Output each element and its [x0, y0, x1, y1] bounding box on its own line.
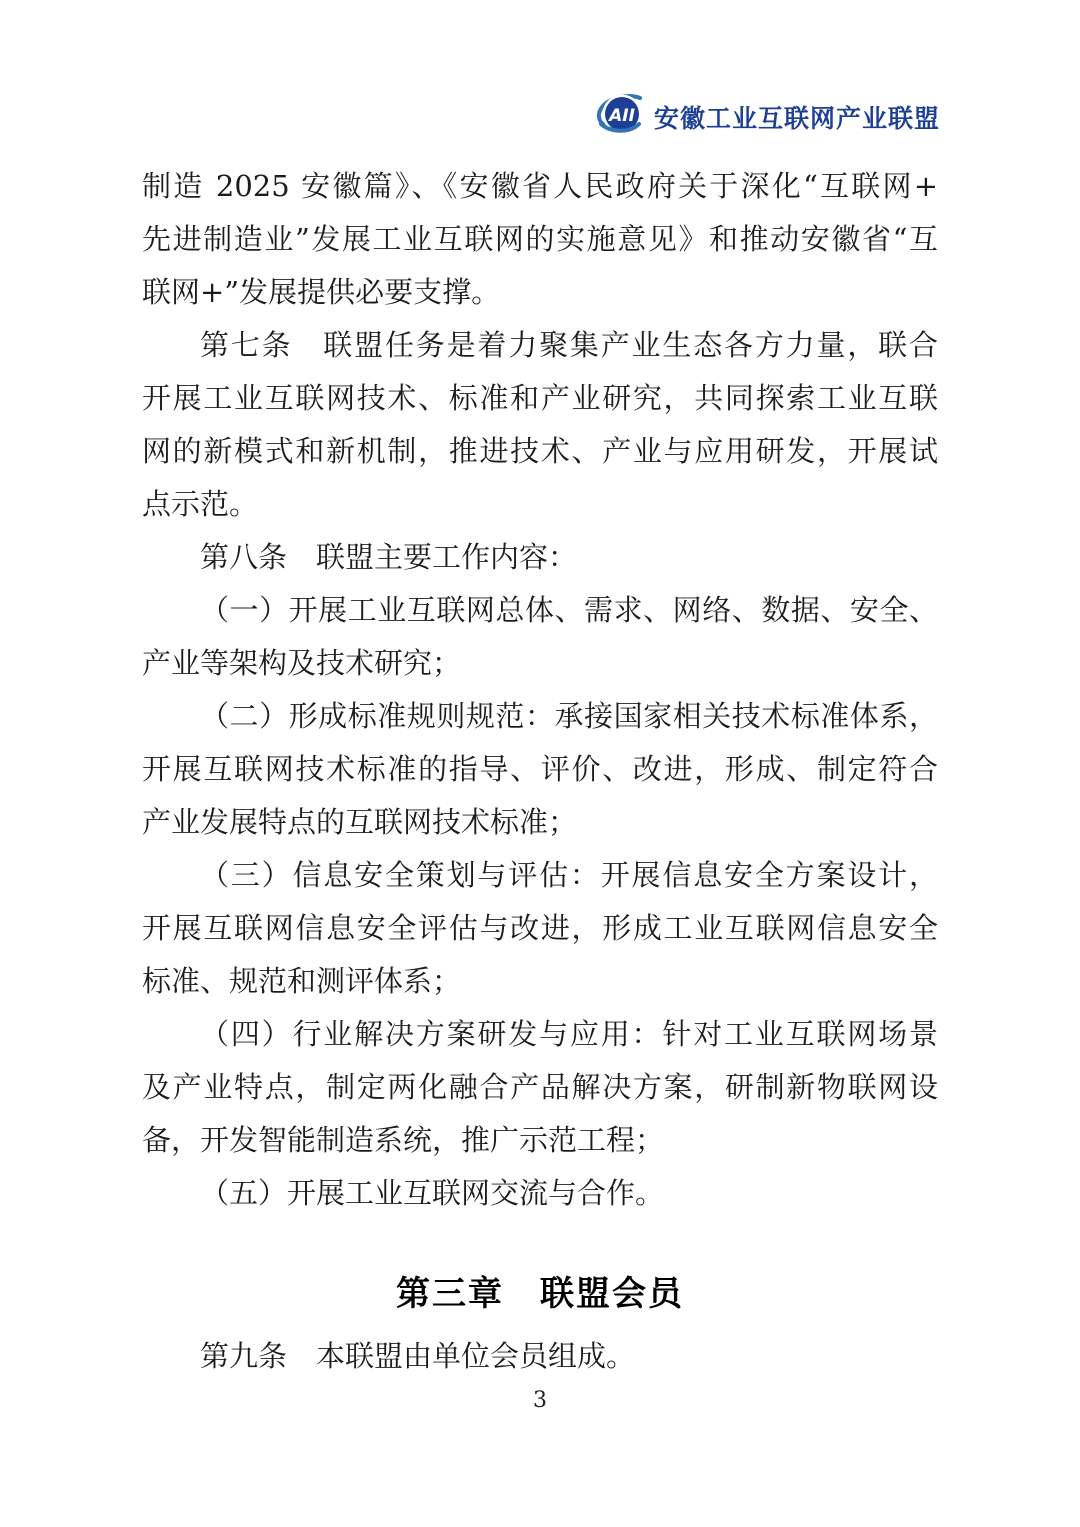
page-number: 3 [0, 1388, 1080, 1413]
closing-paragraph: 第九条 本联盟由单位会员组成。 [142, 1330, 938, 1383]
document-page: AII 安徽工业互联网产业联盟 制造 2025 安徽篇》、《安徽省人民政府关于深… [0, 0, 1080, 1527]
body-line: 标准、规范和测评体系； [142, 955, 938, 1008]
body-line: 网的新模式和新机制，推进技术、产业与应用研发，开展试 [142, 425, 938, 478]
chapter-heading: 第三章 联盟会员 [142, 1266, 938, 1322]
logo-org-name: 安徽工业互联网产业联盟 [654, 99, 940, 135]
body-line: 产业发展特点的互联网技术标准； [142, 796, 938, 849]
body-line: 备，开发智能制造系统，推广示范工程； [142, 1114, 938, 1167]
body-line: 开展工业互联网技术、标准和产业研究，共同探索工业互联 [142, 372, 938, 425]
body-line: 第八条 联盟主要工作内容： [142, 531, 938, 584]
body-line: 开展互联网信息安全评估与改进，形成工业互联网信息安全 [142, 902, 938, 955]
body-lines: 制造 2025 安徽篇》、《安徽省人民政府关于深化“互联网+先进制造业”发展工业… [142, 160, 938, 1383]
body-line: 制造 2025 安徽篇》、《安徽省人民政府关于深化“互联网+ [142, 160, 938, 213]
body-line: （四）行业解决方案研发与应用：针对工业互联网场景 [142, 1008, 938, 1061]
body-line: （五）开展工业互联网交流与合作。 [142, 1167, 938, 1220]
body-line: 第七条 联盟任务是着力聚集产业生态各方力量，联合 [142, 319, 938, 372]
body-line: 产业等架构及技术研究； [142, 637, 938, 690]
header-logo: AII 安徽工业互联网产业联盟 [595, 90, 940, 144]
logo-abbr-text: AII [607, 106, 635, 126]
body-line: 及产业特点，制定两化融合产品解决方案，研制新物联网设 [142, 1061, 938, 1114]
body-line: 联网+”发展提供必要支撑。 [142, 266, 938, 319]
body-line: （二）形成标准规则规范：承接国家相关技术标准体系， [142, 690, 938, 743]
body-line: 点示范。 [142, 478, 938, 531]
body-line: （三）信息安全策划与评估：开展信息安全方案设计， [142, 849, 938, 902]
body-line: 先进制造业”发展工业互联网的实施意见》和推动安徽省“互 [142, 213, 938, 266]
logo-globe-icon: AII [595, 90, 645, 144]
body-line: （一）开展工业互联网总体、需求、网络、数据、安全、 [142, 584, 938, 637]
body-line: 开展互联网技术标准的指导、评价、改进，形成、制定符合 [142, 743, 938, 796]
